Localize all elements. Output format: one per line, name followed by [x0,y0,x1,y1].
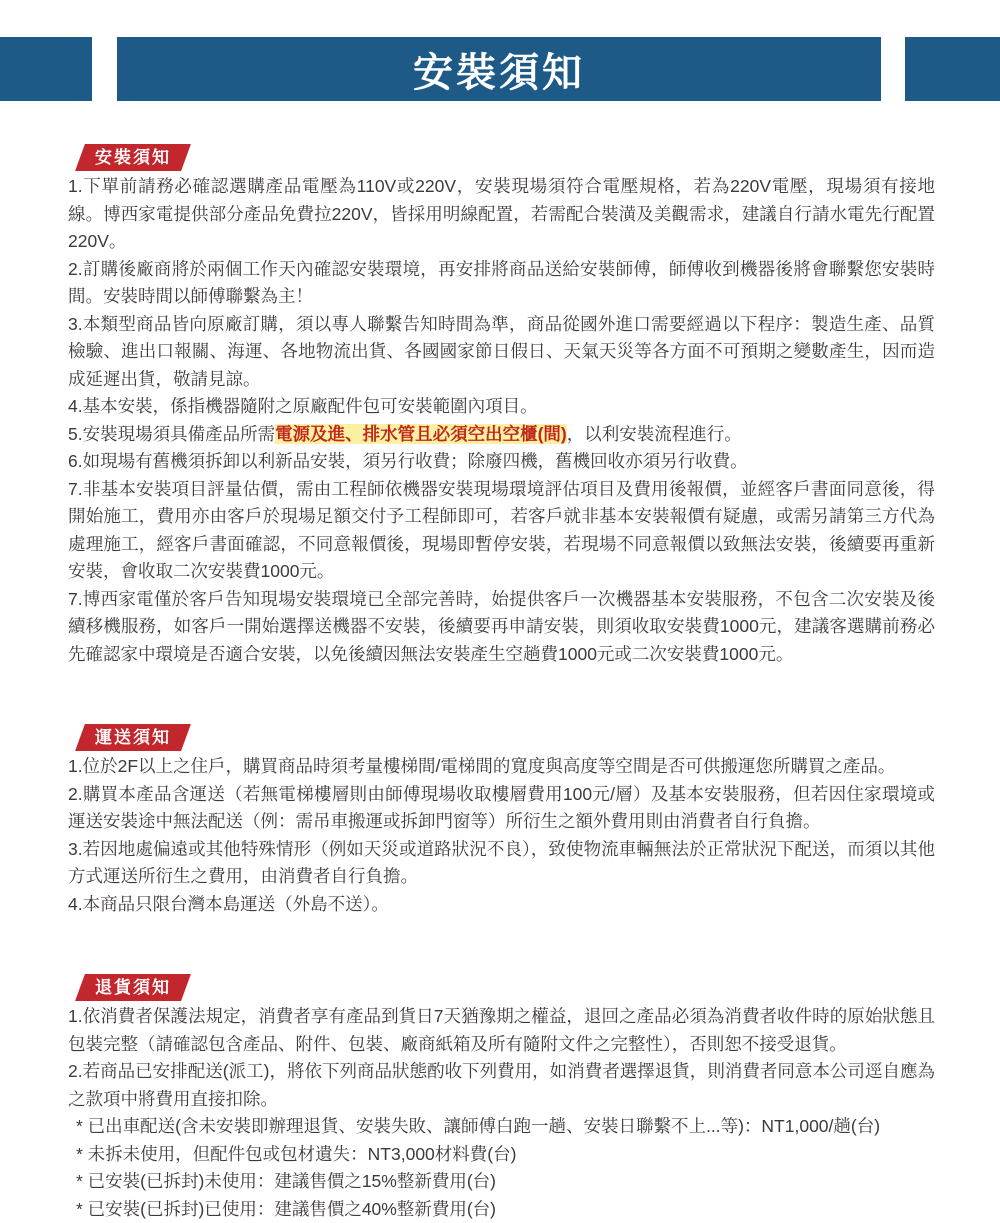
notice-content: 安裝須知 1.下單前請務必確認選購產品電壓為110V或220V，安裝現場須符合電… [68,144,935,1223]
notice-page: 安裝須知 安裝須知 1.下單前請務必確認選購產品電壓為110V或220V，安裝現… [0,0,1000,1223]
installation-item-7: 7.非基本安裝項目評量估價，需由工程師依機器安裝現場環境評估項目及費用後報價，並… [68,476,935,586]
shipping-item-1: 1.位於2F以上之住戶，購買商品時須考量樓梯間/電梯間的寬度與高度等空間是否可供… [68,753,935,781]
page-title: 安裝須知 [413,41,585,98]
returns-item-2: 2.若商品已安排配送(派工)，將依下列商品狀態酌收下列費用，如消費者選擇退貨，則… [68,1058,935,1113]
installation-item-2: 2.訂購後廠商將於兩個工作天內確認安裝環境，再安排將商品送給安裝師傅，師傅收到機… [68,256,935,311]
section-shipping: 運送須知 1.位於2F以上之住戶，購買商品時須考量樓梯間/電梯間的寬度與高度等空… [68,724,935,918]
highlighted-requirement: 電源及進、排水管且必須空出空櫃(間) [275,424,567,444]
installation-item-1: 1.下單前請務必確認選購產品電壓為110V或220V，安裝現場須符合電壓規格，若… [68,173,935,256]
returns-fee-item-2: * 未拆未使用，但配件包或包材遺失：NT3,000材料費(台) [68,1141,935,1169]
returns-fee-item-1: * 已出車配送(含未安裝即辦理退貨、安裝失敗、讓師傅白跑一趟、安裝日聯繫不上..… [68,1113,935,1141]
banner-right-block [905,37,1000,101]
shipping-item-3: 3.若因地處偏遠或其他特殊情形（例如天災或道路狀況不良），致使物流車輛無法於正常… [68,836,935,891]
section-tag-label: 退貨須知 [95,974,171,1001]
shipping-item-4: 4.本商品只限台灣本島運送（外島不送）。 [68,891,935,919]
section-tag-returns: 退貨須知 [75,974,191,1001]
returns-item-1: 1.依消費者保護法規定，消費者享有產品到貨日7天猶豫期之權益，退回之產品必須為消… [68,1003,935,1058]
section-installation: 安裝須知 1.下單前請務必確認選購產品電壓為110V或220V，安裝現場須符合電… [68,144,935,668]
banner-title-bar: 安裝須知 [117,37,881,101]
installation-item-6: 6.如現場有舊機須拆卸以利新品安裝，須另行收費；除廢四機，舊機回收亦須另行收費。 [68,448,935,476]
returns-fee-item-3: * 已安裝(已拆封)未使用：建議售價之15%整新費用(台) [68,1168,935,1196]
installation-item-3: 3.本類型商品皆向原廠訂購，須以專人聯繫告知時間為準，商品從國外進口需要經過以下… [68,311,935,394]
section-returns: 退貨須知 1.依消費者保護法規定，消費者享有產品到貨日7天猶豫期之權益，退回之產… [68,974,935,1223]
shipping-item-2: 2.購買本產品含運送（若無電梯樓層則由師傅現場收取樓層費用100元/層）及基本安… [68,781,935,836]
banner-left-block [0,37,92,101]
installation-item-5-prefix: 5.安裝現場須具備產品所需 [68,424,275,444]
installation-item-8: 7.博西家電僅於客戶告知現場安裝環境已全部完善時，始提供客戶一次機器基本安裝服務… [68,586,935,669]
section-tag-label: 運送須知 [95,724,171,751]
section-tag-installation: 安裝須知 [75,144,191,171]
section-tag-shipping: 運送須知 [75,724,191,751]
returns-fee-item-4: * 已安裝(已拆封)已使用：建議售價之40%整新費用(台) [68,1196,935,1223]
installation-item-5: 5.安裝現場須具備產品所需電源及進、排水管且必須空出空櫃(間)，以利安裝流程進行… [68,421,935,449]
installation-item-5-suffix: ，以利安裝流程進行。 [567,424,742,444]
section-tag-label: 安裝須知 [95,144,171,171]
installation-item-4: 4.基本安裝，係指機器隨附之原廠配件包可安裝範圍內項目。 [68,393,935,421]
page-banner: 安裝須知 [0,0,1000,101]
